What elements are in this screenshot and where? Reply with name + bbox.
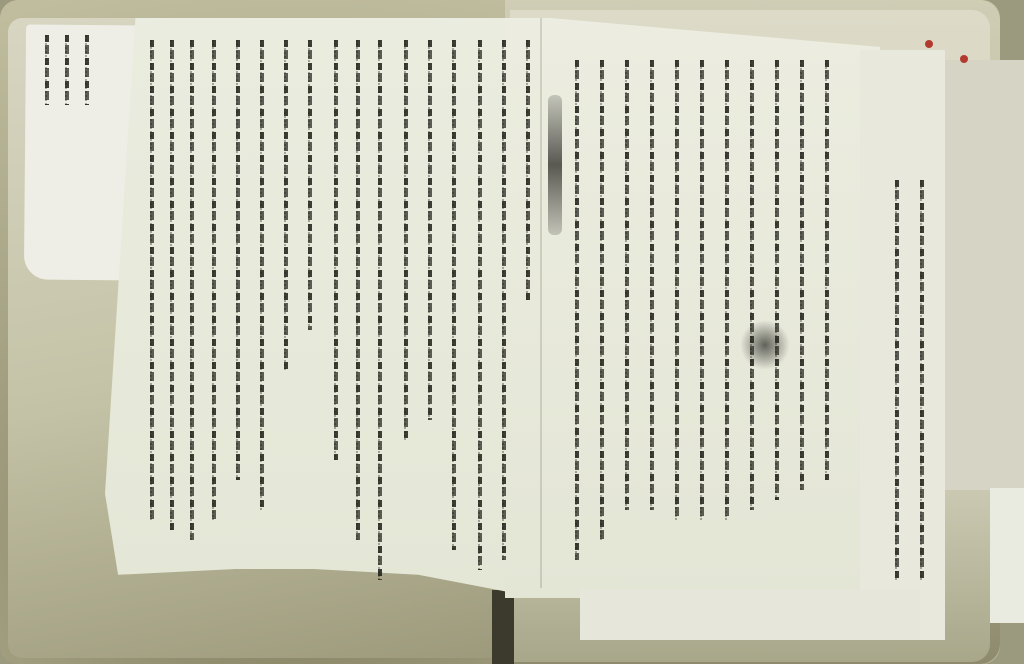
script-line — [150, 40, 154, 520]
script-line — [404, 40, 408, 440]
script-line — [920, 180, 924, 580]
script-line — [825, 60, 829, 480]
script-line — [895, 180, 899, 580]
script-line — [85, 35, 89, 105]
script-line — [236, 40, 240, 480]
script-line — [526, 40, 530, 300]
red-ink-mark — [925, 40, 933, 48]
script-line — [575, 60, 579, 560]
script-line — [452, 40, 456, 550]
script-line — [700, 60, 704, 520]
script-line — [428, 40, 432, 420]
script-line — [170, 40, 174, 530]
script-line — [800, 60, 804, 490]
narrow-sheet-right — [860, 50, 945, 640]
book-spine-shadow — [492, 590, 514, 664]
script-line — [212, 40, 216, 520]
script-line — [725, 60, 729, 520]
script-line — [308, 40, 312, 330]
sheet-fold-line — [540, 18, 542, 588]
ink-smudge-bar — [548, 95, 562, 235]
script-line — [65, 35, 69, 105]
script-line — [750, 60, 754, 510]
script-line — [334, 40, 338, 460]
red-ink-mark — [960, 55, 968, 63]
script-line — [45, 35, 49, 105]
ink-smudge — [740, 320, 790, 370]
sheet-stack-bottom — [580, 590, 920, 640]
script-line — [378, 40, 382, 580]
script-line — [775, 60, 779, 500]
script-line — [260, 40, 264, 510]
script-line — [190, 40, 194, 540]
script-line — [284, 40, 288, 370]
script-line — [356, 40, 360, 540]
script-line — [502, 40, 506, 560]
script-line — [625, 60, 629, 510]
script-line — [650, 60, 654, 510]
script-line — [675, 60, 679, 520]
manuscript-photo: Photograph of an open historic Arabic ma… — [0, 0, 1024, 664]
paper-slip-edge — [990, 488, 1024, 623]
script-line — [600, 60, 604, 540]
script-line — [478, 40, 482, 570]
underlying-page-edge — [940, 60, 1024, 490]
